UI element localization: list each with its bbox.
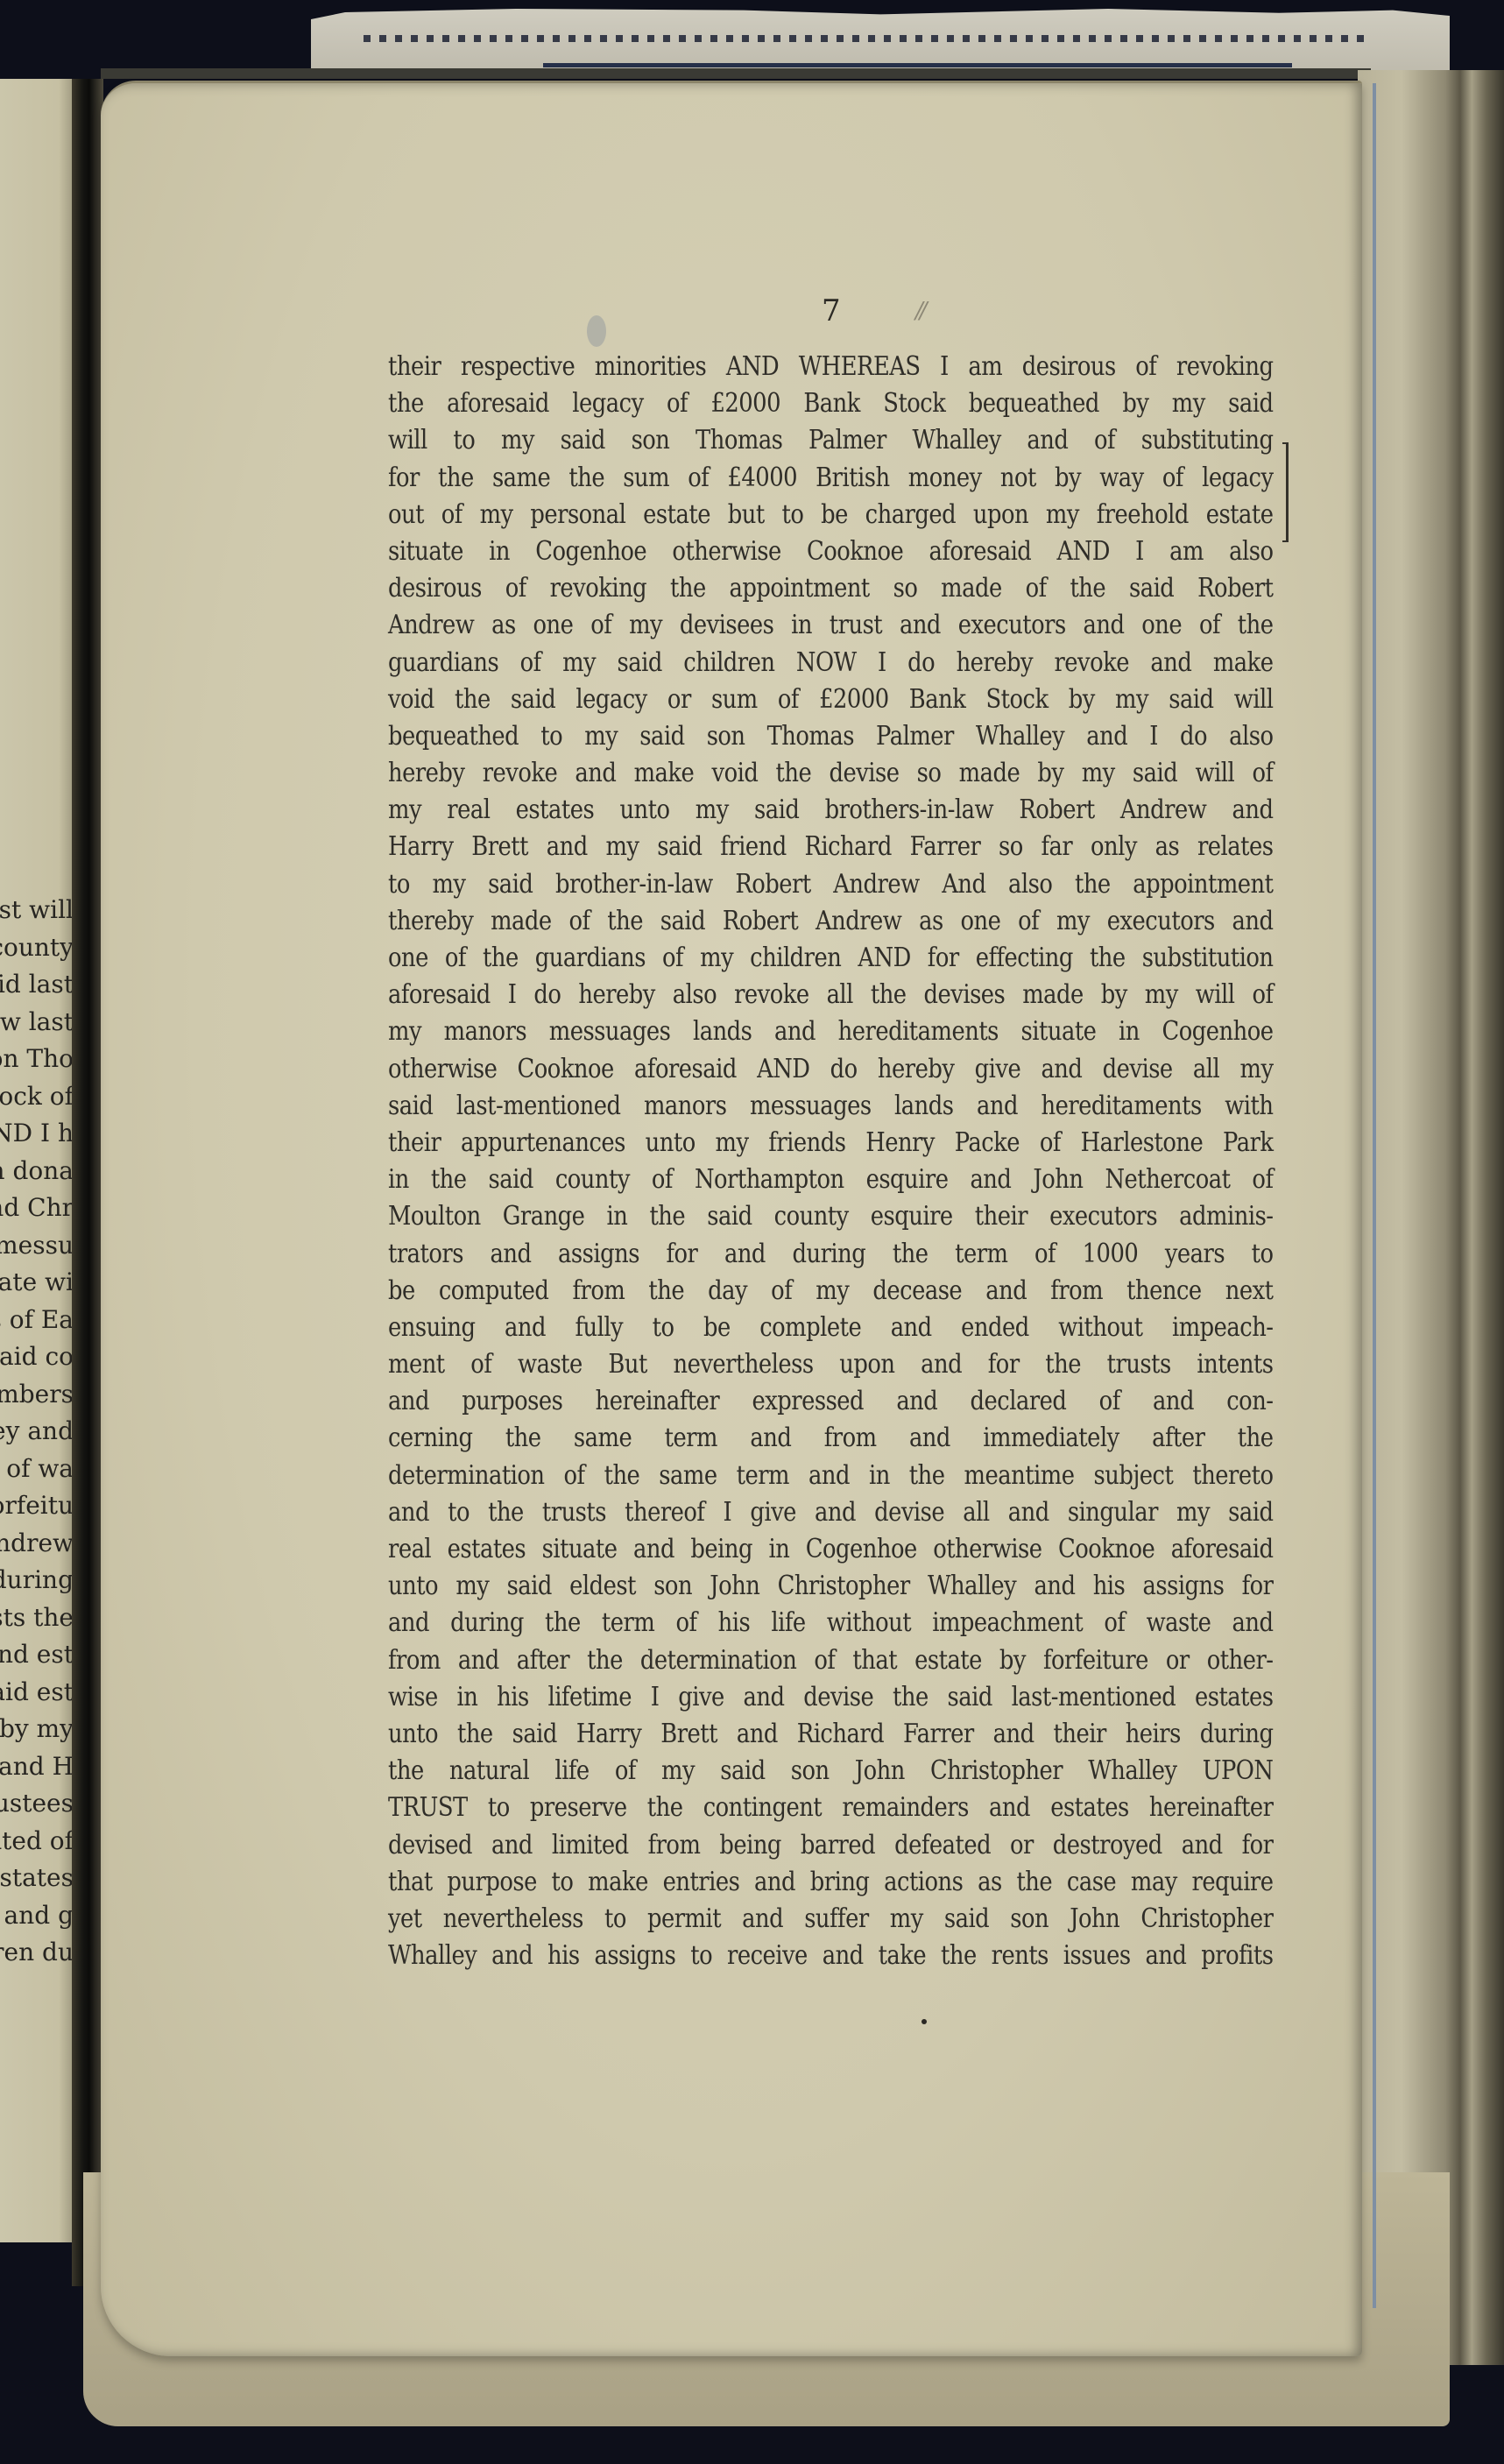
text-line: determination of the same term and in th… [388,1458,1274,1494]
text-line: situate in Cogenhoe otherwise Cooknoe af… [388,533,1274,570]
left-fragment-line: limited of [0,1826,74,1855]
text-line: yet nevertheless to permit and suffer my… [388,1901,1274,1938]
ink-dot [921,2019,927,2024]
left-fragment-line: and est [0,1640,74,1669]
left-fragment-line: alley and [0,1416,74,1445]
text-line: otherwise Cooknoe aforesaid AND do hereb… [388,1051,1274,1088]
left-fragment-line: ors messu [0,1231,74,1260]
text-line: real estates situate and being in Cogenh… [388,1531,1274,1568]
body-text: their respective minorities AND WHEREAS … [388,349,1273,1974]
text-line: for the same the sum of £4000 British mo… [388,460,1274,497]
right-page-stack [1358,70,1504,2365]
left-fragment-line: estate wi [0,1267,74,1296]
text-line: and to the trusts thereof I give and dev… [388,1494,1274,1531]
text-line: Harry Brett and my said friend Richard F… [388,829,1274,865]
left-fragment-line: now last [0,1007,74,1036]
text-line: unto my said eldest son John Christopher… [388,1568,1274,1605]
left-fragment-line: stock of [0,1082,74,1111]
text-line: their appurtenances unto my friends Henr… [388,1125,1274,1161]
text-line: desirous of revoking the appointment so … [388,570,1274,607]
ink-smudge [587,315,606,347]
left-fragment-line: ment of wa [0,1454,74,1483]
left-fragment-line: and H [0,1752,74,1781]
text-line: and purposes hereinafter expressed and d… [388,1383,1274,1420]
text-line: Whalley and his assigns to receive and t… [388,1938,1274,1974]
left-fragment-line: members [0,1380,74,1409]
text-line: be computed from the day of my decease a… [388,1273,1274,1310]
page-edge-line [1373,83,1376,2308]
left-fragment-line: e said co [0,1342,74,1371]
text-line: their respective minorities AND WHEREAS … [388,349,1274,385]
text-line: my real estates unto my said brothers-in… [388,792,1274,829]
left-fragment-line: y said est [0,1677,74,1706]
text-line: Andrew as one of my devisees in trust an… [388,607,1274,644]
text-line: to my said brother-in-law Robert Andrew … [388,866,1274,903]
left-fragment-line: forfeitu [0,1491,74,1520]
text-line: from and after the determination of that… [388,1642,1274,1679]
page-number: 7 [822,293,841,328]
text-line: cerning the same term and from and immed… [388,1420,1274,1457]
left-fragment-line: ame estates [0,1863,74,1892]
text-line: TRUST to preserve the contingent remaind… [388,1790,1274,1826]
text-line: in the said county of Northampton esquir… [388,1161,1274,1198]
text-line: trators and assigns for and during the t… [388,1236,1274,1273]
left-fragment-line: said last [0,970,74,999]
text-line: devised and limited from being barred de… [388,1827,1274,1864]
text-line: unto the said Harry Brett and Richard Fa… [388,1716,1274,1753]
left-fragment-line: hildren du [0,1938,74,1966]
text-line: said last-mentioned manors messuages lan… [388,1088,1274,1125]
text-line: ensuing and fully to be complete and end… [388,1310,1274,1346]
left-fragment-line: trustees [0,1789,74,1818]
left-fragment-line: ND I h [0,1119,74,1147]
text-line: my manors messuages lands and hereditame… [388,1013,1274,1050]
left-fragment-line: last will [0,895,74,924]
text-line: bequeathed to my said son Thomas Palmer … [388,718,1274,755]
text-line: and during the term of his life without … [388,1605,1274,1641]
text-line: Moulton Grange in the said county esquir… [388,1198,1274,1235]
text-line: aforesaid I do hereby also revoke all th… [388,977,1274,1013]
text-line: hereby revoke and make void the devise s… [388,755,1274,792]
ruled-line [543,63,1292,67]
text-line: the natural life of my said son John Chr… [388,1753,1274,1790]
left-fragment-line: trusts the [0,1603,74,1632]
text-line: will to my said son Thomas Palmer Whalle… [388,422,1274,459]
left-fragment-line: son dona [0,1156,74,1185]
text-line: the aforesaid legacy of £2000 Bank Stock… [388,385,1274,422]
text-line: void the said legacy or sum of £2000 Ban… [388,681,1274,718]
left-fragment-line: t Andrew [0,1529,74,1557]
left-fragment-line: rs during [0,1565,74,1594]
left-fragment-line: will and g [0,1901,74,1930]
left-fragment-line: d by my [0,1714,74,1743]
text-line: one of the guardians of my children AND … [388,940,1274,977]
left-fragment-line: the county [0,933,74,962]
text-line: that purpose to make entries and bring a… [388,1864,1274,1901]
pencil-mark: // [915,298,924,324]
perforation-edge [364,35,1371,42]
margin-bracket-mark [1282,442,1289,542]
text-line: thereby made of the said Robert Andrew a… [388,903,1274,940]
text-line: wise in his lifetime I give and devise t… [388,1679,1274,1716]
left-fragment-line: es of Ea [0,1305,74,1334]
text-line: out of my personal estate but to be char… [388,497,1274,533]
left-page-fragment: last will the county said last now last … [0,79,74,2242]
left-fragment-line: son Tho [0,1044,74,1073]
text-line: ment of waste But nevertheless upon and … [388,1346,1274,1383]
text-line: guardians of my said children NOW I do h… [388,645,1274,681]
book-top-edge [101,68,1371,79]
left-fragment-line: y and Chr [0,1193,74,1222]
book-gutter [72,79,103,2286]
